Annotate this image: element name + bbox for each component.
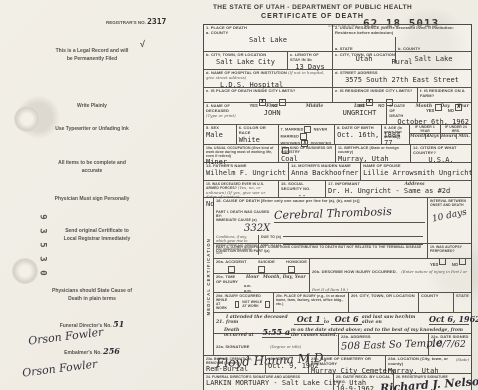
field-death-city-limits: e. IS PLACE OF DEATH INSIDE CITY LIMITS?…: [204, 88, 333, 102]
field-physician-address: 22b. ADDRESS 508 East So Temple: [339, 334, 429, 355]
birthplace-value: Murray, Utah: [338, 155, 408, 163]
mother-name-value: Anna Backhoofner: [291, 169, 358, 177]
field-marital-status: 7. MARRIED NEVER MARRIED WIDOWEDX DIVORC…: [279, 125, 336, 144]
father-name-value: Wilhelm F. Ungricht: [206, 169, 286, 177]
race-value: White: [239, 136, 276, 144]
attended-to-value: Oct 6: [331, 314, 361, 325]
medical-certification-strip: MEDICAL CERTIFICATION: [204, 198, 214, 355]
margin-note-cause: Physicians should State Cause of Death i…: [48, 288, 136, 303]
field-residence-farm: f. IS RESIDENCE ON A FARM? YES NOX: [418, 88, 471, 102]
field-injury-city: 20f. CITY, TOWN, OR LOCATION: [349, 293, 419, 312]
field-time-of-injury: 20c. TIME OF INJURY Hour Month, Day, Yea…: [214, 274, 309, 293]
not-while-at-work-checkbox: [265, 301, 270, 308]
embalmer-no-value: 256: [103, 346, 120, 356]
field-cemetery-location: 23d. LOCATION (City, town, or county) (S…: [386, 356, 471, 373]
deceased-last-name: UNGRICHT: [335, 109, 385, 117]
certificate-form: 1. PLACE OF DEATH a. COUNTY Salt Lake 2.…: [203, 24, 472, 390]
field-armed-forces: 15. WAS DECEASED EVER IN U.S. ARMED FORC…: [204, 181, 279, 197]
physician-address-value: 508 East So Temple: [341, 338, 426, 352]
industry-value: Coal: [281, 155, 333, 163]
burial-type-value: Rem-Burial: [206, 365, 263, 373]
field-date-of-birth: 8. DATE OF BIRTH Oct. 16th, 1884: [335, 125, 382, 144]
burial-date-value: Oct. 9, 1962: [268, 362, 306, 370]
residence-county-label: b. COUNTY: [398, 46, 420, 51]
sex-value: Male: [206, 131, 234, 139]
embalmer-no: Embalmer's No. 256: [52, 345, 132, 358]
field-residence-city: c. CITY, TOWN, OR LOCATION Rural: [333, 52, 471, 69]
page-title: THE STATE OF UTAH - DEPARTMENT OF PUBLIC…: [185, 4, 440, 11]
field-injury-at-work: 20d. INJURY OCCURRED WHILE AT WORK NOT W…: [214, 293, 274, 312]
field-burial-type: 23a. BURIAL, CREMATION, REMOVAL (Specify…: [204, 356, 266, 373]
last-seen-alive-value: Oct 6, 1962: [429, 314, 469, 325]
field-cause-of-death: 18. CAUSE OF DEATH [Enter only one cause…: [214, 198, 428, 243]
suicide-checkbox: [258, 266, 265, 273]
margin-note-send-original: Send original Certificate to Local Regis…: [60, 228, 134, 243]
married-checkbox: [304, 126, 311, 133]
informant-value: Dr. H. Ungricht - Same as #2d: [328, 187, 469, 195]
margin-vertical-stamp: 9 3 5 3 0: [40, 212, 45, 278]
field-burial-date: 23b. DATE Oct. 9, 1962: [266, 356, 309, 373]
field-informant: 17. INFORMANT Address Dr. H. Ungricht - …: [326, 181, 471, 197]
margin-checkmark: √: [140, 38, 145, 52]
field-citizenship: 12. CITIZEN OF WHAT COUNTRY? U.S.A.: [411, 145, 471, 162]
while-at-work-checkbox: [235, 301, 240, 308]
registrar-no-label: REGISTRAR'S NO.: [106, 20, 146, 25]
field-hospital: d. NAME OF HOSPITAL OR INSTITUTION (If n…: [204, 70, 333, 87]
field-place-city: b. CITY, TOWN, OR LOCATION Salt Lake Cit…: [204, 52, 288, 69]
spouse-name-value: Lillie Arrowsmith Ungricht: [363, 169, 473, 177]
field-place-of-death: 1. PLACE OF DEATH a. COUNTY Salt Lake: [204, 25, 333, 51]
field-autopsy: 19. WAS AUTOPSY PERFORMED? YES NO: [428, 244, 471, 258]
field-date-signed: 22c. DATE SIGNED 10/7/62: [429, 334, 471, 355]
field-injury-state: STATE: [454, 293, 471, 312]
date-of-birth-value: Oct. 16th, 1884: [337, 131, 379, 139]
place-city-value: Salt Lake City: [206, 58, 285, 66]
field-date-of-death: 4. DATE OF DEATH Month Day Year October …: [387, 103, 471, 124]
attended-from-value: Oct 1: [294, 314, 324, 325]
homicide-checkbox: [288, 266, 295, 273]
field-ssn: 16. SOCIAL SECURITY NO. --: [279, 181, 326, 197]
field-sex: 5. SEX Male: [204, 125, 237, 144]
field-residence-city-limits: e. IS RESIDENCE INSIDE CITY LIMITS? YESX…: [333, 88, 418, 102]
never-married-checkbox: [300, 133, 307, 140]
cause-of-death-value: Cerebral Thrombosis: [274, 205, 392, 222]
margin-note-physician-sign: Physician Must sign Personally: [52, 196, 132, 204]
field-father-name: 13. FATHER'S NAME Wilhelm F. Ungricht: [204, 163, 289, 180]
usual-residence-label: 2. USUAL RESIDENCE (Where deceased lived…: [333, 25, 471, 37]
field-attended-statement: 21. I attended the deceased from Oct 1 ,…: [214, 313, 471, 333]
margin-note-write-plainly: Write Plainly: [52, 103, 132, 111]
death-certificate-scan: THE STATE OF UTAH - DEPARTMENT OF PUBLIC…: [0, 0, 478, 390]
field-name-of-deceased: 3. NAME OF DECEASED (Type or print) Firs…: [204, 103, 387, 124]
field-occupation: 10a. USUAL OCCUPATION (Give kind of work…: [204, 145, 279, 162]
field-describe-injury: 20b. DESCRIBE HOW INJURY OCCURRED. (Ente…: [310, 259, 471, 292]
field-street-address: d. STREET ADDRESS 3575 South 27th East S…: [333, 70, 471, 87]
accident-checkbox: [228, 266, 235, 273]
field-injury-county: COUNTY: [419, 293, 454, 312]
margin-note-legal: This is a Legal Record and will be Perma…: [52, 48, 132, 63]
field-funeral-director: 24. FUNERAL DIRECTOR'S SIGNATURE AND ADD…: [204, 374, 334, 390]
field-registrar-signature: 26. REGISTRAR'S SIGNATURE Richard J. Nel…: [394, 374, 471, 390]
registrar-no-value: 2317: [147, 17, 166, 26]
field-industry: 10b. KIND OF BUSINESS OR INDUSTRY Coal: [279, 145, 336, 162]
field-place-of-injury: 20e. PLACE OF INJURY (e.g., in or about …: [274, 293, 349, 312]
cause-code-value: 332X: [244, 223, 425, 234]
place-county-value: Salt Lake: [206, 36, 330, 44]
field-accident-suicide-homicide: 20a. ACCIDENT SUICIDE HOMICIDE: [214, 259, 309, 274]
field-interval-onset-death: INTERVAL BETWEEN ONSET AND DEATH 10 days: [428, 198, 471, 243]
registrar-no: REGISTRAR'S NO. 2317: [106, 17, 166, 26]
field-birthplace: 11. BIRTHPLACE (State or foreign country…: [336, 145, 411, 162]
margin-note-complete: All items to be complete and accurate: [52, 160, 132, 175]
date-signed-value: 10/7/62: [431, 340, 469, 350]
field-part2-conditions: PART II. OTHER SIGNIFICANT CONDITIONS CO…: [214, 244, 428, 258]
field-race: 6. COLOR OR RACE White: [237, 125, 279, 144]
interval-value: 10 days: [429, 207, 469, 225]
deceased-first-name: JOHN: [250, 109, 294, 117]
field-age: 9. AGE (In years last birthday) 77: [382, 125, 410, 144]
field-age-under: IF UNDER 1 YEAR IF UNDER 24 HRS. Months …: [410, 125, 471, 144]
residence-city-value: Rural: [335, 58, 469, 66]
funeral-director-no-value: 51: [113, 319, 124, 329]
residence-state-label: a. STATE: [335, 46, 353, 51]
field-mother-name: 14. MOTHER'S MAIDEN NAME Anna Backhoofne…: [289, 163, 361, 180]
field-cemetery-name: 23c. NAME OF CEMETERY OR CREMATORY Murra…: [309, 356, 386, 373]
street-address-value: 3575 South 27th East Street: [335, 76, 469, 84]
funeral-director-value: LARKIN MORTUARY - Salt Lake City, Utah: [206, 379, 331, 387]
hole-punch-bottom: [12, 258, 38, 284]
field-physician-signature: 22a. SIGNATURE (Degree or title) Floyd H…: [214, 334, 339, 355]
hole-punch-top: [14, 106, 40, 132]
field-length-of-stay: c. LENGTH OF STAY IN 3b 13 Days: [288, 52, 333, 69]
field-spouse-name: NAME OF SPOUSE Lillie Arrowsmith Ungrich…: [361, 163, 475, 180]
embalmer-signature: Orson Fowler: [21, 357, 98, 379]
margin-note-typewriter: Use Typewriter or Unfading Ink: [48, 126, 136, 134]
field-usual-residence: 2. USUAL RESIDENCE (Where deceased lived…: [333, 25, 471, 51]
